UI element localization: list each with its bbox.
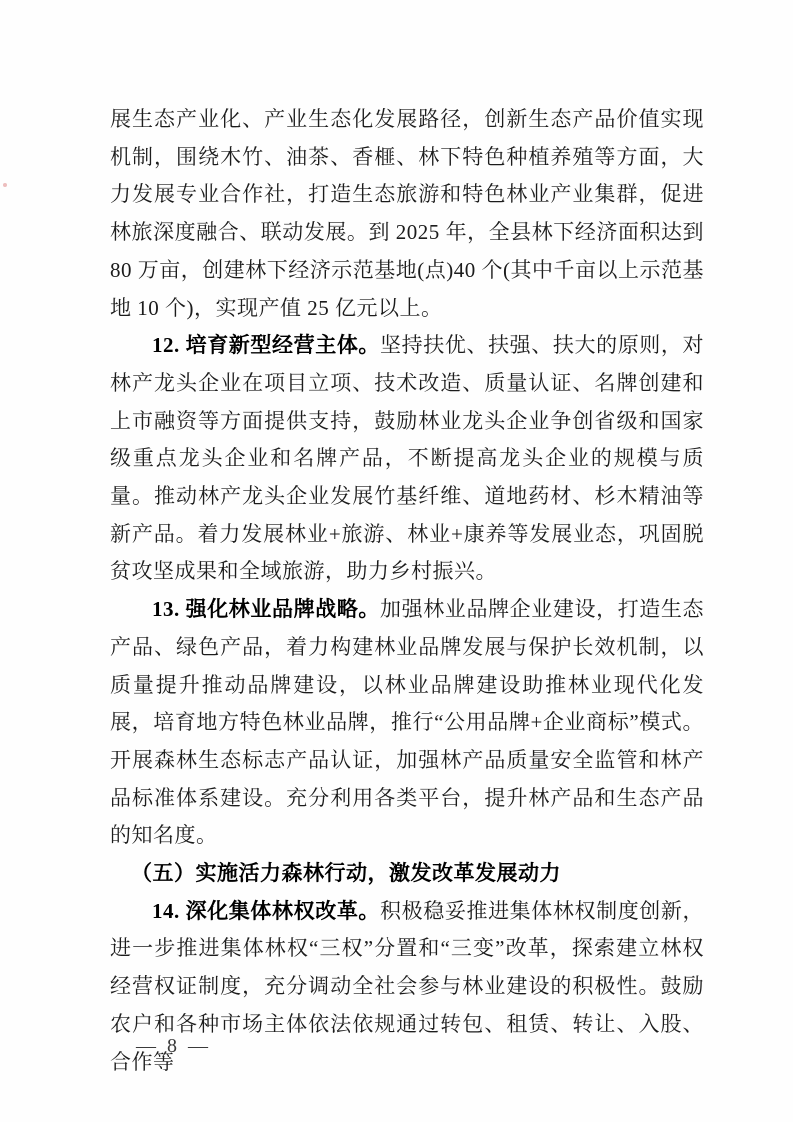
text-run: 坚持扶优、扶强、扶大的原则，对林产龙头企业在项目立项、技术改造、质量认证、名牌创… (110, 333, 704, 583)
paragraph: 展生态产业化、产业生态化发展路径，创新生态产品价值实现机制，围绕木竹、油茶、香榧… (110, 101, 704, 327)
bold-lead-run: 14. 深化集体林权改革。 (152, 899, 380, 923)
text-run: 加强林业品牌企业建设，打造生态产品、绿色产品，着力构建林业品牌发展与保护长效机制… (110, 597, 704, 847)
document-page: 展生态产业化、产业生态化发展路径，创新生态产品价值实现机制，围绕木竹、油茶、香榧… (0, 0, 793, 1122)
scan-artifact-dot (3, 183, 7, 187)
text-run: 展生态产业化、产业生态化发展路径，创新生态产品价值实现机制，围绕木竹、油茶、香榧… (110, 107, 704, 320)
section-heading: （五）实施活力森林行动，激发改革发展动力 (110, 855, 704, 893)
bold-lead-run: 12. 培育新型经营主体。 (152, 333, 380, 357)
document-body: 展生态产业化、产业生态化发展路径，创新生态产品价值实现机制，围绕木竹、油茶、香榧… (110, 101, 704, 1081)
bold-lead-run: （五）实施活力森林行动，激发改革发展动力 (131, 861, 561, 885)
paragraph: 12. 培育新型经营主体。坚持扶优、扶强、扶大的原则，对林产龙头企业在项目立项、… (110, 327, 704, 591)
bold-lead-run: 13. 强化林业品牌战略。 (152, 597, 380, 621)
paragraph: 13. 强化林业品牌战略。加强林业品牌企业建设，打造生态产品、绿色产品，着力构建… (110, 591, 704, 855)
page-number: — 8 — (136, 1035, 211, 1058)
